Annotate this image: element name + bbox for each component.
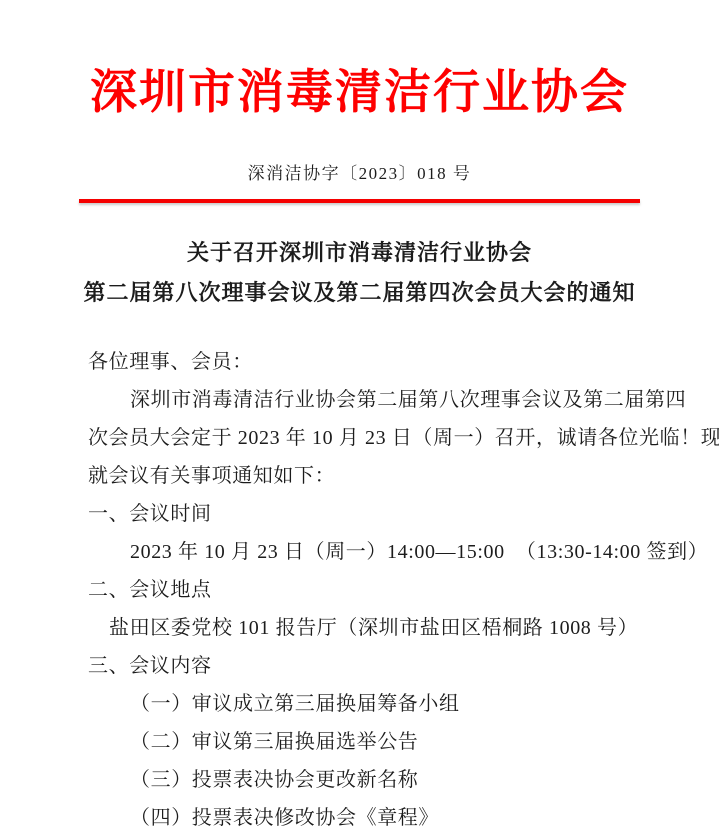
agenda-item-4: （四）投票表决修改协会《章程》	[88, 799, 659, 831]
document-page: 深圳市消毒清洁行业协会 深消洁协字〔2023〕018 号 关于召开深圳市消毒清洁…	[0, 0, 719, 831]
agenda-item-3: （三）投票表决协会更改新名称	[88, 761, 659, 799]
notice-title: 关于召开深圳市消毒清洁行业协会 第二届第八次理事会议及第二届第四次会员大会的通知	[0, 233, 719, 313]
intro-paragraph-line-2: 次会员大会定于 2023 年 10 月 23 日（周一）召开，诚请各位光临！现	[88, 419, 659, 457]
notice-body: 各位理事、会员： 深圳市消毒清洁行业协会第二届第八次理事会议及第二届第四 次会员…	[88, 343, 659, 831]
red-divider-line	[79, 199, 640, 203]
section-2-heading: 二、会议地点	[88, 571, 659, 609]
section-2-meeting-location: 盐田区委党校 101 报告厅（深圳市盐田区梧桐路 1008 号）	[88, 609, 659, 647]
organization-title: 深圳市消毒清洁行业协会	[0, 58, 719, 126]
notice-title-line-2: 第二届第八次理事会议及第二届第四次会员大会的通知	[0, 273, 719, 313]
document-number: 深消洁协字〔2023〕018 号	[0, 162, 719, 186]
intro-paragraph-line-1: 深圳市消毒清洁行业协会第二届第八次理事会议及第二届第四	[88, 381, 659, 419]
salutation: 各位理事、会员：	[88, 343, 659, 381]
agenda-item-2: （二）审议第三届换届选举公告	[88, 723, 659, 761]
agenda-item-1: （一）审议成立第三届换届筹备小组	[88, 685, 659, 723]
section-3-heading: 三、会议内容	[88, 647, 659, 685]
section-1-meeting-time: 2023 年 10 月 23 日（周一）14:00—15:00 （13:30-1…	[88, 533, 659, 571]
section-1-heading: 一、会议时间	[88, 495, 659, 533]
notice-title-line-1: 关于召开深圳市消毒清洁行业协会	[0, 233, 719, 273]
intro-paragraph-line-3: 就会议有关事项通知如下：	[88, 457, 659, 495]
